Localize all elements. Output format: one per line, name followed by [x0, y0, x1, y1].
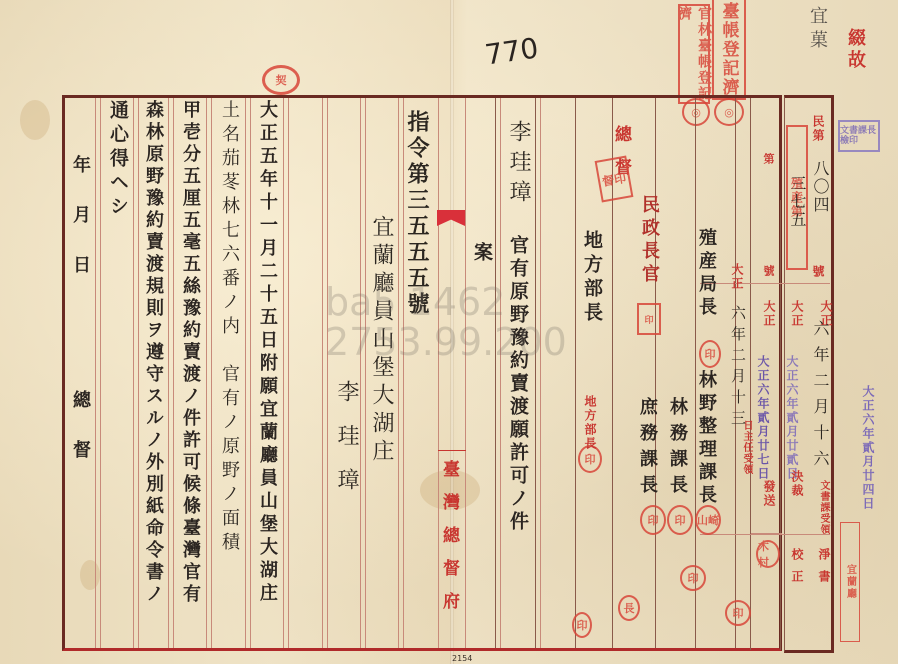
- seal-industry: 印: [699, 340, 721, 368]
- drafted-labels: 日主任受領: [741, 420, 751, 475]
- date-footer: 年月日: [71, 155, 89, 305]
- era-label: 大正: [763, 300, 775, 328]
- drafted-date: 六年二月十三: [730, 305, 745, 431]
- seal-local-affairs: 地方部長: [584, 395, 596, 451]
- subject-line: 官有原野豫約賣渡願許可ノ件: [508, 235, 527, 534]
- regulation-column: 森林原野豫約賣渡規則ヲ遵守スルノ外別紙命令書ノ: [144, 100, 162, 606]
- area-column: 甲壱分五厘五毫五絲豫約賣渡ノ件許可候條臺灣官有: [181, 100, 199, 606]
- page-number: 2154: [452, 654, 472, 663]
- approved-date-stamp: 大正六年貳月廿貳日: [786, 355, 798, 481]
- seal-round: 木村: [756, 540, 780, 568]
- addressee-name: 李珪璋: [335, 380, 357, 512]
- received-date: 六年二月十六: [812, 320, 828, 476]
- registry-col1-number-label: 號: [763, 265, 774, 278]
- right-margin-stamp: 宜蘭廳: [840, 522, 860, 642]
- drafted-year: 六年: [729, 305, 747, 347]
- subject-name: 李珪璋: [507, 120, 529, 210]
- corner-label: 綴故: [846, 28, 864, 72]
- drafted-month: 二月: [729, 347, 747, 389]
- approver-local-affairs: 地方部長: [582, 230, 601, 326]
- date-column: 大正五年十一月二十五日附願宜蘭廳員山堡大湖庄: [258, 100, 276, 606]
- received-day: 十六: [811, 424, 830, 476]
- blue-stamp: 文書課長檢印: [838, 120, 880, 152]
- month-label: 月: [70, 205, 91, 255]
- seal-round: 長: [618, 595, 640, 621]
- registry-col1-header: 第: [763, 153, 774, 166]
- seal-round: 印: [680, 565, 706, 591]
- handwritten-note: 宜菓: [808, 6, 826, 54]
- paper-stain: [20, 100, 50, 140]
- seal-round: 印: [725, 600, 751, 626]
- watermark: ba5 1462 2753.99.200: [325, 282, 567, 362]
- received-label: 文書課受領: [818, 480, 828, 535]
- seal-round: 印: [640, 505, 666, 535]
- registry-stamp-1: 臺帳登記濟: [712, 0, 746, 100]
- registry-stamp-2: 官林臺帳登記濟: [678, 4, 710, 104]
- registry-col2-number: 三七五: [789, 175, 805, 229]
- day-label: 日: [70, 255, 91, 305]
- watermark-line-1: ba5 1462: [325, 282, 567, 322]
- year-label: 年: [70, 155, 91, 205]
- closing-column: 通心得ヘシ: [108, 100, 127, 220]
- seal-round: 印: [572, 612, 592, 638]
- registry-col3-number-label: 號: [812, 265, 824, 279]
- document-page: 770 宜菓 綴故 官林臺帳登記濟 臺帳登記濟 ◎ ◎ 契 年月日: [0, 0, 898, 664]
- outside-date-stamp: 大正六年貳月廿四日: [862, 385, 874, 511]
- approver-industry-bureau: 殖産局長: [697, 228, 715, 320]
- seal-civil-affairs: 印: [637, 303, 661, 335]
- seal-top-left: 契: [262, 65, 300, 95]
- approved-label: 決裁: [791, 470, 803, 498]
- handwritten-number: 770: [483, 34, 540, 69]
- signature-governor: 總督: [71, 390, 89, 490]
- registry-col3-header: 民第: [812, 115, 824, 143]
- received-year: 六年: [811, 320, 830, 372]
- decided-date-stamp: 大正六年貳月廿七日: [757, 355, 769, 481]
- received-month: 二月: [811, 372, 830, 424]
- issuer-stamp: 臺灣總督府: [440, 460, 457, 625]
- proposal-label: 案: [472, 242, 491, 266]
- signature-char: 總: [70, 390, 91, 440]
- approver-forest-survey: 林野整理課長: [697, 370, 715, 508]
- approver-civil-affairs: 民政長官: [640, 195, 658, 287]
- registry-col3-number: 八〇四: [812, 160, 828, 214]
- proofread-label: 校正: [791, 548, 803, 592]
- clean-copy-label: 淨書: [818, 548, 830, 592]
- approver-general-affairs: 庶務課長: [638, 397, 656, 501]
- land-column: 土名茄苳林七六番ノ内 官有ノ原野ノ面積: [220, 100, 238, 556]
- signature-char: 督: [70, 440, 91, 490]
- watermark-line-2: 2753.99.200: [325, 322, 567, 362]
- seal-round: 山崎: [695, 505, 721, 535]
- era-label: 大正: [731, 263, 743, 291]
- decided-label: 發送: [763, 480, 775, 508]
- seal-round: 印: [667, 505, 693, 535]
- era-label: 大正: [791, 300, 803, 328]
- approver-forestry: 林務課長: [668, 397, 686, 501]
